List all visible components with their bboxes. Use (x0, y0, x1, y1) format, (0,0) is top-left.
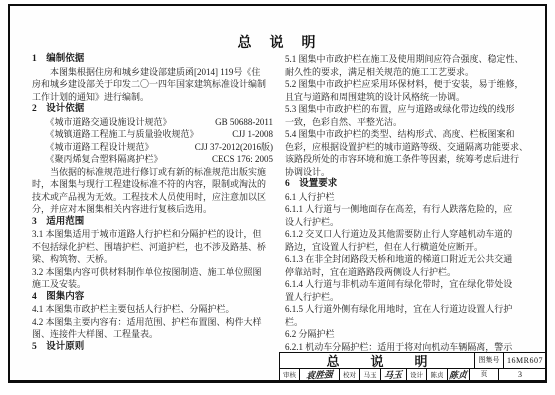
text-line: 2 设计依据 (32, 103, 275, 116)
text-line: 6.1.5 人行道外侧有绿化用地时，宜在人行道边设置人行护 (285, 303, 539, 316)
text-line: 5.2 图集中市政护栏应采用环保材料，便于安装，易于维修， (285, 78, 539, 91)
standard-code: CJJ 1-2008 (232, 128, 275, 141)
text-line: 耐久性的要求，满足相关规范的施工工艺要求。 (285, 66, 539, 79)
text-line: 停靠站时，宜在道路路段两侧设人行护栏。 (285, 266, 539, 279)
text-line: 5.3 图集中市政护栏的布置，应与道路或绿化带边线的线形 (285, 103, 539, 116)
text-line: 且宜与道路和周围建筑的设计风格统一协调。 (285, 91, 539, 104)
text-line: 工作计划的通知》进行编制。 (32, 91, 275, 104)
design-label: 设计 (407, 369, 427, 380)
text-line: 4.1 本图集市政护栏主要包括人行护栏、分隔护栏。 (32, 303, 275, 316)
text-line: 当依据的标准规范进行修订或有新的标准规范出版实施 (32, 166, 275, 179)
text-line: 3.1 本图集适用于城市道路人行护栏和分隔护栏的设计，但 (32, 228, 275, 241)
text-line: 设人行护栏。 (285, 216, 539, 229)
text-line: 不包括绿化护栏、围墙护栏、河道护栏，也不涉及路基、桥 (32, 241, 275, 254)
check-signature-text: 马玉 (384, 369, 403, 380)
text-line: 《城镇道路工程施工与质量验收规范》CJJ 1-2008 (32, 128, 275, 141)
page-label: 页 (470, 369, 499, 380)
text-line: 施工及安装。 (32, 278, 275, 291)
text-line: 本图集根据住房和城乡建设部建质函[2014] 119号《住 (32, 66, 275, 79)
text-line: 该路段所处的市容环境和施工条件等因素，统筹考虑后进行 (285, 153, 539, 166)
text-line: 《城市道路工程设计规范》CJJ 37-2012(2016版) (32, 141, 275, 154)
text-line: 6.1 人行护栏 (285, 191, 539, 204)
atlas-number-value: 16MR607 (504, 353, 546, 368)
title-block-row-1: 总 说 明 图集号 16MR607 (280, 353, 545, 369)
text-line: 6.1.3 在非全封闭路段天桥和地道的梯道口附近无公共交通 (285, 253, 539, 266)
check-label: 校对 (340, 369, 360, 380)
text-line: 色彩，应根据设置护栏的城市道路等级、交通隔离功能要求、 (285, 141, 539, 154)
design-signature-text: 陈贞 (449, 369, 468, 380)
text-line: 6 设置要求 (285, 178, 539, 191)
text-line: 路边，宜设置人行护栏，但在人行横道处应断开。 (285, 241, 539, 254)
page-title: 总 说 明 (10, 32, 545, 52)
text-line: 房和城乡建设部关于印发二〇一四年国家建筑标准设计编制 (32, 78, 275, 91)
text-line: 1 编制依据 (32, 53, 275, 66)
text-line: 技术或产品视为无效。工程技术人员使用时，应注意加以区 (32, 191, 275, 204)
title-block: 总 说 明 图集号 16MR607 审核 袁胜强 校对 马玉 马玉 设计 陈贞 … (279, 352, 545, 380)
text-line: 梁、构筑物、天桥。 (32, 253, 275, 266)
check-name: 马玉 (360, 369, 381, 380)
page-number: 3 (499, 369, 541, 380)
text-line: 《聚丙烯复合塑料隔离护栏》CECS 176: 2005 (32, 153, 275, 166)
design-signature: 陈贞 (448, 369, 470, 380)
text-line: 《城市道路交通设施设计规范》GB 50688-2011 (32, 116, 275, 129)
text-line: 图、连接件大样图、工程量表。 (32, 328, 275, 341)
title-block-title: 总 说 明 (280, 353, 475, 368)
page-frame: 总 说 明 1 编制依据 本图集根据住房和城乡建设部建质函[2014] 119号… (8, 4, 547, 383)
text-line: 3 适用范围 (32, 216, 275, 229)
text-line: 4 图集内容 (32, 291, 275, 304)
standard-code: CECS 176: 2005 (212, 153, 275, 166)
text-line: 5.4 图集中市政护栏的类型、结构形式、高度、栏板图案和 (285, 128, 539, 141)
text-line: 6.1.4 人行道与非机动车道间有绿化带时，宜在绿化带处设 (285, 278, 539, 291)
text-line: 5 设计原则 (32, 341, 275, 354)
notes-right-column: 5.1 图集中市政护栏在施工及使用期间应符合强度、稳定性、耐久性的要求，满足相关… (285, 53, 539, 353)
check-signature: 马玉 (381, 369, 407, 380)
design-name: 陈贞 (427, 369, 448, 380)
text-line: 置人行护栏。 (285, 291, 539, 304)
text-line: 栏。 (285, 316, 539, 329)
review-signature: 袁胜强 (300, 369, 340, 380)
review-signature-text: 袁胜强 (305, 369, 333, 380)
text-line: 4.2 本图集主要内容有：适用范围、护栏布置图、构件大样 (32, 316, 275, 329)
standard-code: CJJ 37-2012(2016版) (195, 141, 275, 154)
text-line: 协调设计。 (285, 166, 539, 179)
atlas-number-label: 图集号 (475, 353, 504, 368)
text-line: 分，并应对本图集相关内容进行复核后选用。 (32, 203, 275, 216)
standard-code: GB 50688-2011 (215, 116, 275, 129)
text-line: 一致，色彩自然、平整光洁。 (285, 116, 539, 129)
text-line: 6.2 分隔护栏 (285, 328, 539, 341)
review-label: 审核 (280, 369, 300, 380)
text-line: 6.1.2 交叉口人行道边及其他需要防止行人穿越机动车道的 (285, 228, 539, 241)
notes-left-column: 1 编制依据 本图集根据住房和城乡建设部建质函[2014] 119号《住房和城乡… (32, 53, 275, 353)
text-line: 3.2 本图集内容可供材料制作单位按图制造、施工单位照图 (32, 266, 275, 279)
text-line: 6.1.1 人行道与一侧地面存在高差，有行人跌落危险的，应 (285, 203, 539, 216)
text-line: 时，本图集与现行工程建设标准不符的内容，限制或淘汰的 (32, 178, 275, 191)
text-line: 5.1 图集中市政护栏在施工及使用期间应符合强度、稳定性、 (285, 53, 539, 66)
title-block-row-2: 审核 袁胜强 校对 马玉 马玉 设计 陈贞 陈贞 页 3 (280, 369, 545, 380)
